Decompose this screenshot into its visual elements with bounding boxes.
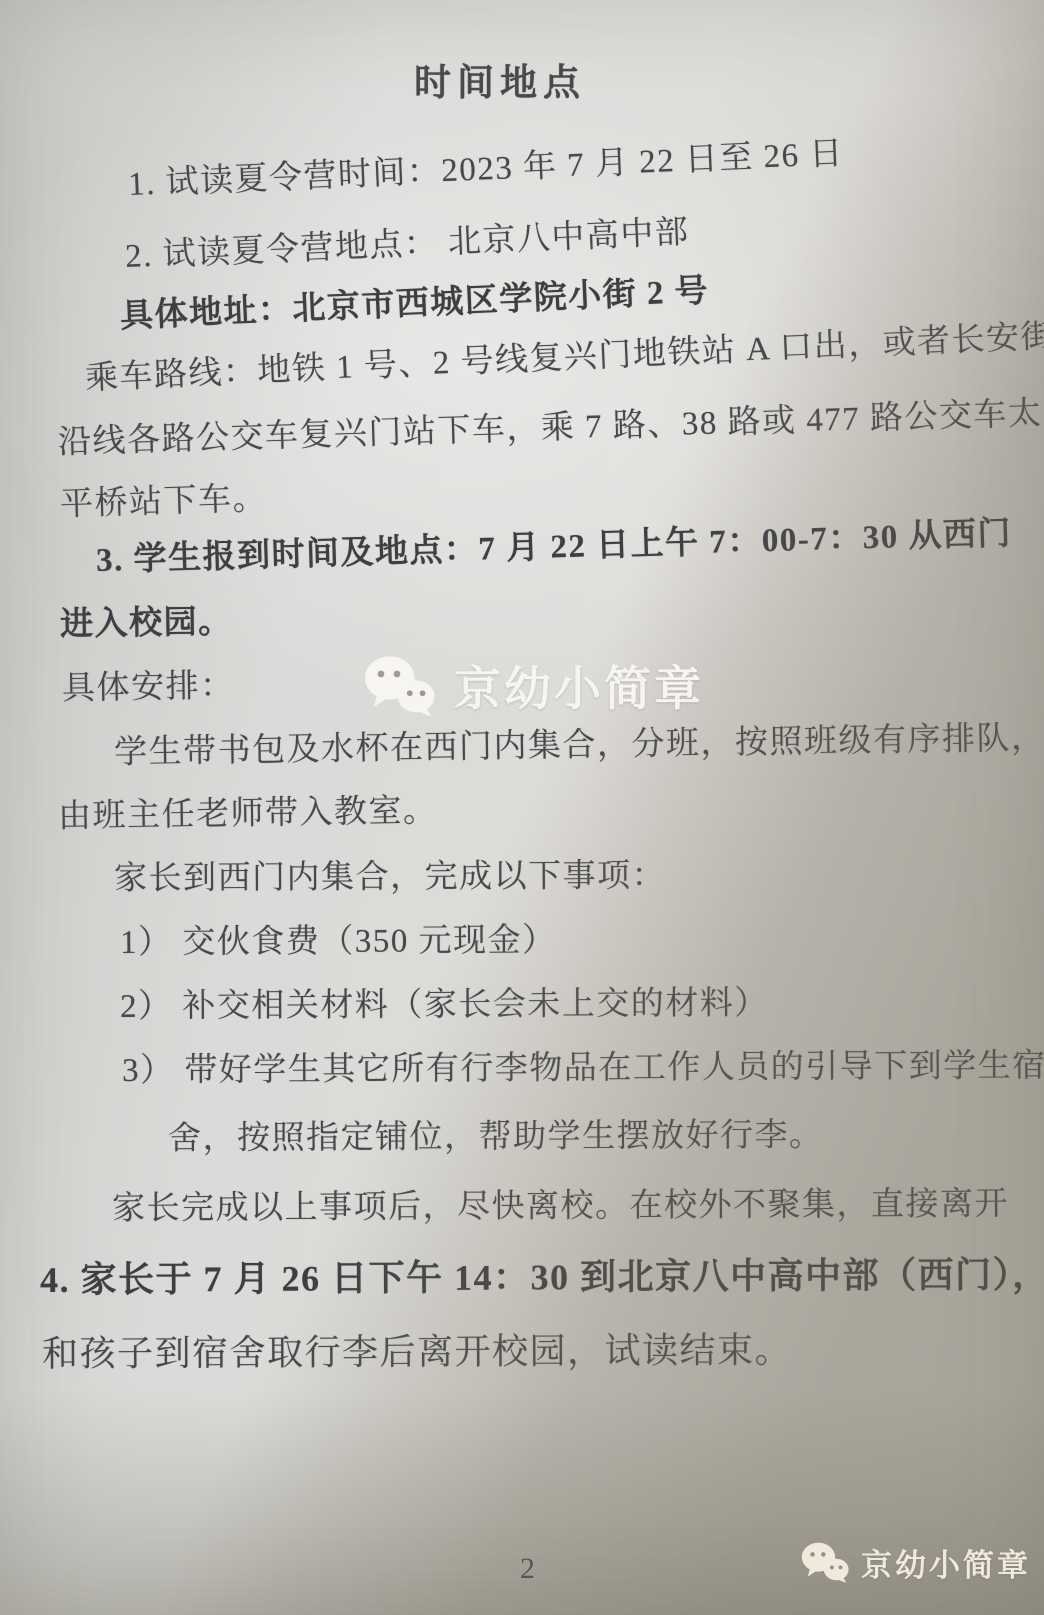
wechat-icon — [800, 1541, 852, 1584]
watermark-label: 京幼小简章 — [454, 652, 704, 719]
doc-line-transit-3: 平桥站下车。 — [59, 472, 267, 525]
doc-line-checkin-2: 进入校园。 — [60, 595, 233, 645]
doc-line-parents-leave: 家长完成以上事项后，尽快离校。在校外不聚集，直接离开 — [112, 1177, 1009, 1229]
doc-line-pickup-2: 和孩子到宿舍取行李后离开校园，试读结束。 — [42, 1322, 792, 1377]
doc-line-item-fee: 1） 交伙食费（350 元现金） — [120, 914, 557, 963]
page-title: 时间地点 — [0, 52, 1000, 106]
watermark-label: 京幼小简章 — [861, 1540, 1031, 1585]
doc-line-parents-gather: 家长到西门内集合，完成以下事项： — [114, 849, 666, 899]
doc-line-item-luggage-1: 3） 带好学生其它所有行李物品在工作人员的引导下到学生宿 — [122, 1039, 1044, 1091]
watermark-bottom: 京幼小简章 — [800, 1540, 1031, 1585]
doc-line-arrangement: 具体安排： — [62, 659, 235, 709]
doc-line-item-luggage-2: 舍，按照指定铺位，帮助学生摆放好行李。 — [168, 1109, 824, 1159]
watermark-center: 京幼小简章 — [362, 652, 704, 719]
wechat-icon — [362, 654, 440, 718]
doc-line-pickup-1: 4. 家长于 7 月 26 日下午 14：30 到北京八中高中部（西门），家 — [40, 1247, 1044, 1303]
doc-line-students-2: 由班主任老师带入教室。 — [58, 784, 438, 837]
doc-line-item-materials: 2） 补交相关材料（家长会未上交的材料） — [120, 977, 769, 1027]
page-number: 2 — [520, 1552, 535, 1586]
